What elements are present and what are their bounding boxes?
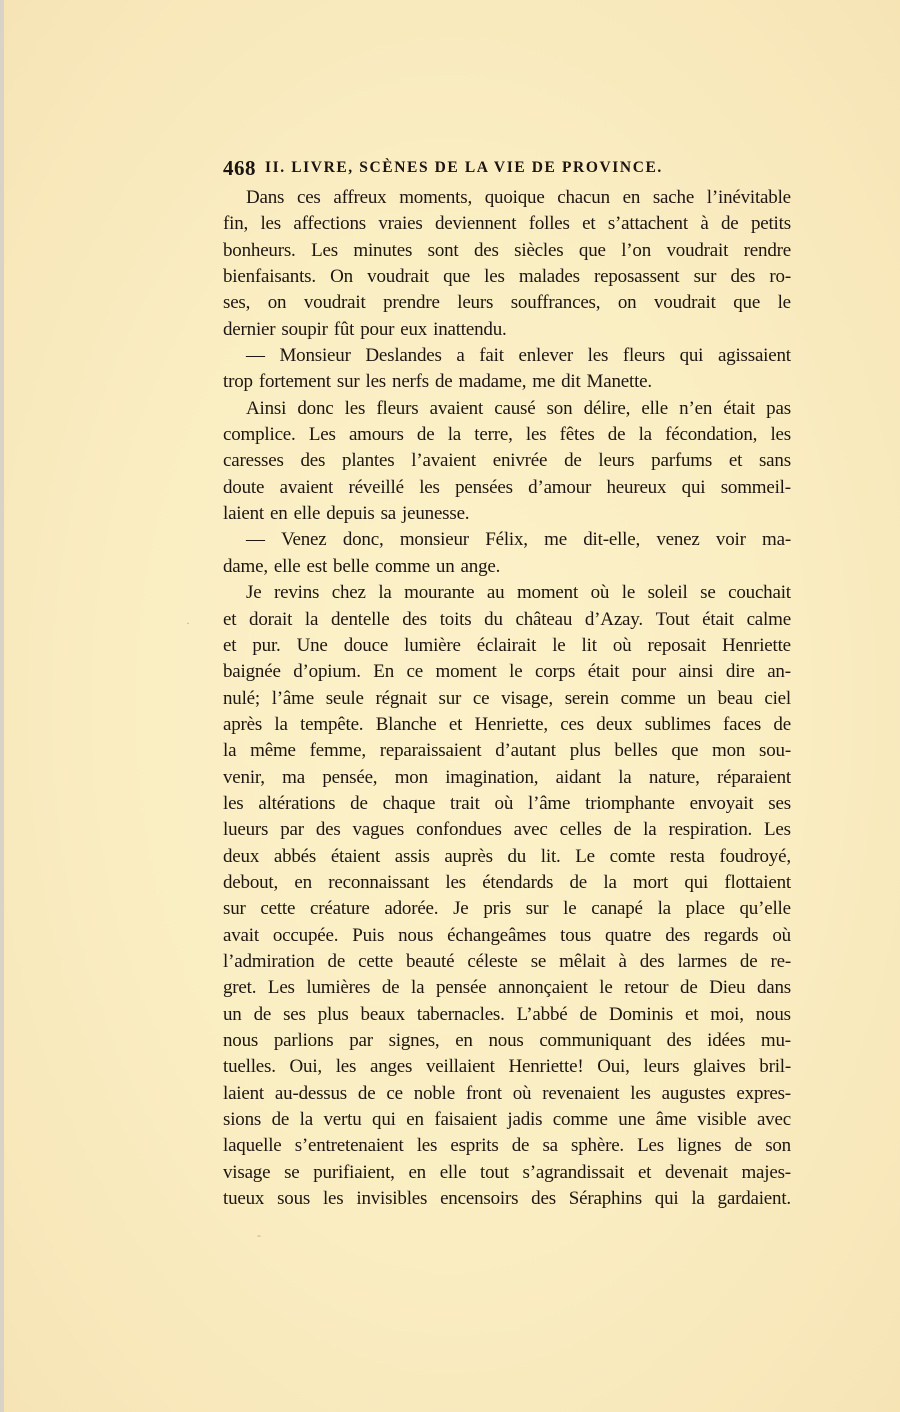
word: elle [641, 396, 668, 422]
word: annonçaient [498, 975, 588, 1001]
word: qui [680, 343, 704, 369]
word: bienfaisants. [223, 264, 316, 290]
text-line: caressesdesplantesl’avaientenivréedeleur… [223, 448, 791, 474]
word: sur [337, 369, 360, 395]
paper-speck: - [257, 1228, 261, 1243]
word: Séraphins [569, 1186, 642, 1212]
word: dernier [223, 317, 275, 343]
word: sur [694, 264, 717, 290]
word: on [618, 290, 637, 316]
text-line: baignéed’opium.Encemomentlecorpsétaitpou… [223, 659, 791, 685]
word: caresses [223, 448, 284, 474]
word: le [509, 659, 522, 685]
word: reconnaissant [328, 870, 429, 896]
word: trop [223, 369, 253, 395]
word: et [223, 607, 236, 633]
word: fêtes [560, 422, 595, 448]
word: est [307, 554, 328, 580]
word: éclairait [477, 633, 536, 659]
text-line: surcettecréatureadorée.Jeprissurlecanapé… [223, 896, 791, 922]
word: les [366, 369, 387, 395]
word: cette [358, 949, 393, 975]
word: était [588, 659, 620, 685]
word: un [223, 1002, 242, 1028]
word: imagination, [445, 765, 538, 791]
word: abbés [274, 844, 316, 870]
word: a [456, 343, 464, 369]
word: nature, [649, 765, 700, 791]
word: veillaient [426, 1054, 495, 1080]
word: voir [716, 527, 746, 553]
word: la [603, 870, 616, 896]
word: fleurs [623, 343, 665, 369]
word: soupir [281, 317, 327, 343]
word: visage [223, 1160, 270, 1186]
word: délire, [584, 396, 631, 422]
word: le [563, 896, 576, 922]
word: ce [386, 1081, 402, 1107]
word: encensoirs [440, 1186, 518, 1212]
word: qui [682, 475, 706, 501]
word: de [608, 422, 626, 448]
word: envoyait [690, 791, 754, 817]
word: me [532, 369, 555, 395]
word: en [623, 185, 641, 211]
word: avec [514, 817, 548, 843]
word: Je [453, 896, 468, 922]
word: de [740, 949, 758, 975]
text-line: Danscesaffreuxmoments,quoiquechacunensac… [223, 185, 791, 211]
word: — [246, 343, 265, 369]
word: petits [751, 211, 791, 237]
word: les [484, 264, 505, 290]
word: de [435, 369, 453, 395]
word: n’en [679, 396, 712, 422]
word: serein [565, 686, 609, 712]
word: respiration. [668, 817, 752, 843]
word: à [700, 211, 708, 237]
word: leurs [457, 290, 493, 316]
word: donc, [343, 527, 384, 553]
word: bonheurs. [223, 238, 296, 264]
word: On [330, 264, 353, 290]
word: Ainsi [246, 396, 286, 422]
word: pensée [436, 975, 487, 1001]
word: visible [697, 1107, 746, 1133]
word: Tout [656, 607, 690, 633]
word: cette [260, 896, 295, 922]
word: nous [223, 1028, 258, 1054]
word: la [305, 607, 318, 633]
word: complice. [223, 422, 296, 448]
word: douce [344, 633, 388, 659]
word: son [765, 1133, 791, 1159]
word: en [455, 1028, 473, 1054]
word: fait [479, 343, 504, 369]
word: nous [398, 923, 433, 949]
word: que [579, 238, 606, 264]
word: sou- [759, 738, 791, 764]
word: d’Azay. [585, 607, 643, 633]
word: les [445, 870, 466, 896]
word: les [417, 1133, 438, 1159]
word: l’on [621, 238, 651, 264]
word: pour [632, 659, 666, 685]
word: toits [440, 607, 472, 633]
word: de [564, 448, 582, 474]
word: était [723, 396, 755, 422]
word: voudrait [304, 290, 366, 316]
word: Les [309, 422, 336, 448]
word: de [358, 1081, 376, 1107]
word: l’âme [272, 686, 314, 712]
word: quatre [605, 923, 651, 949]
word: ces [560, 712, 584, 738]
word: femme, [310, 738, 366, 764]
word: la [411, 975, 424, 1001]
word: les [345, 396, 366, 422]
word: augustes [662, 1081, 726, 1107]
word: L’abbé [517, 1002, 568, 1028]
word: réveillé [348, 475, 403, 501]
word: voudrait [654, 290, 716, 316]
word: ro- [769, 264, 791, 290]
text-line: Ainsidonclesfleursavaientcausésondélire,… [223, 396, 791, 422]
word: la [658, 896, 671, 922]
word: d’autant [495, 738, 556, 764]
word: ses [283, 1002, 306, 1028]
word: Les [268, 975, 295, 1001]
word: avaient [280, 475, 333, 501]
word: Le [575, 844, 595, 870]
text-line: etpur.Unedoucelumièreéclairaitlelitoùrep… [223, 633, 791, 659]
text-line: debout,enreconnaissantlesétendardsdelamo… [223, 870, 791, 896]
word: comte [610, 844, 655, 870]
word: eux [400, 317, 427, 343]
word: les [770, 422, 791, 448]
text-line: douteavaientréveillélespenséesd’amourheu… [223, 475, 791, 501]
word: parfums [651, 448, 712, 474]
word: souffrances, [511, 290, 601, 316]
word: communiquant [539, 1028, 651, 1054]
text-line: venir,mapensée,monimagination,aidantlana… [223, 765, 791, 791]
word: Les [764, 817, 791, 843]
word: Les [311, 238, 338, 264]
word: altérations [258, 791, 335, 817]
word: ce [473, 686, 489, 712]
word: au [487, 580, 505, 606]
text-line: tuelles.Oui,lesangesveillaientHenriette!… [223, 1054, 791, 1080]
word: d’amour [528, 475, 591, 501]
word: étaient [331, 844, 380, 870]
word: et [638, 1160, 651, 1186]
word: vagues [353, 817, 405, 843]
word: et [582, 211, 595, 237]
word: auprès [444, 844, 492, 870]
word: dentelle [331, 607, 390, 633]
word: fût [334, 317, 355, 343]
word: assis [395, 844, 430, 870]
word: château [516, 607, 573, 633]
word: Deslandes [365, 343, 441, 369]
word: laient [223, 501, 264, 527]
word: deux [596, 712, 632, 738]
word: aidant [556, 765, 601, 791]
text-line: dame,elleestbellecommeunange. [223, 554, 791, 580]
word: ainsi [678, 659, 713, 685]
word: Monsieur [279, 343, 350, 369]
word: esprits [450, 1133, 498, 1159]
text-line: deuxabbésétaientassisauprèsdulit.Lecomte… [223, 844, 791, 870]
word: malades [519, 264, 580, 290]
word: voudrait [666, 238, 728, 264]
text-line: Jerevinschezlamouranteaumomentoùlesoleil… [223, 580, 791, 606]
word: jeunesse. [402, 501, 469, 527]
word: la [618, 765, 631, 791]
word: idées [707, 1028, 745, 1054]
word: à [618, 949, 626, 975]
word: la [223, 738, 236, 764]
word: terre, [474, 422, 512, 448]
word: monsieur [400, 527, 469, 553]
word: En [373, 659, 394, 685]
word: retour [624, 975, 668, 1001]
word: comme [375, 554, 430, 580]
word: venez [656, 527, 699, 553]
word: ma [282, 765, 305, 791]
word: couchait [728, 580, 791, 606]
word: faces [723, 712, 761, 738]
text-line: bonheurs.Lesminutessontdessièclesquel’on… [223, 238, 791, 264]
word: affections [293, 211, 366, 237]
word: la [448, 422, 461, 448]
word: foudroyé, [719, 844, 791, 870]
word: les [336, 1054, 357, 1080]
word: la [300, 1107, 313, 1133]
text-line: l’admirationdecettebeautécélestesemêlait… [223, 949, 791, 975]
word: la [378, 580, 391, 606]
text-line: undesesplusbeauxtabernacles.L’abbédeDomi… [223, 1002, 791, 1028]
word: Une [297, 633, 328, 659]
word: en [406, 1107, 424, 1133]
word: Dominis [609, 1002, 673, 1028]
word: voudrait [367, 264, 429, 290]
word: la [643, 817, 656, 843]
text-line: nousparlionsparsignes,ennouscommuniquant… [223, 1028, 791, 1054]
word: noble [414, 1081, 455, 1107]
word: nous [756, 1002, 791, 1028]
word: minutes [353, 238, 412, 264]
word: dorait [249, 607, 292, 633]
word: les [260, 211, 281, 237]
word: inattendu. [433, 317, 506, 343]
word: les [630, 1081, 651, 1107]
word: sions [223, 1107, 261, 1133]
word: anges [370, 1054, 412, 1080]
word: dans [757, 975, 791, 1001]
word: jadis [507, 1107, 542, 1133]
word: la [274, 712, 287, 738]
word: belle [333, 554, 369, 580]
word: larmes [677, 949, 726, 975]
word: quoique [485, 185, 545, 211]
word: beaux [361, 1002, 405, 1028]
word: pur. [252, 633, 280, 659]
word: dit [561, 369, 580, 395]
word: Henriette! [508, 1054, 583, 1080]
word: affreux [333, 185, 386, 211]
word: où [495, 791, 514, 817]
body-text: Danscesaffreuxmoments,quoiquechacunensac… [223, 185, 791, 1212]
word: deux [223, 844, 259, 870]
word: tous [560, 923, 591, 949]
word: reposassent [594, 264, 679, 290]
running-head-title: II. LIVRE, SCÈNES DE LA VIE DE PROVINCE. [265, 159, 663, 177]
word: majes- [741, 1160, 790, 1186]
word: de [350, 791, 368, 817]
word: et [449, 712, 462, 738]
word: sur [439, 686, 462, 712]
word: que [443, 264, 470, 290]
word: corps [535, 659, 575, 685]
word: faisaient [434, 1107, 497, 1133]
word: comme [553, 1107, 608, 1133]
word: venir, [223, 765, 265, 791]
word: pensée, [322, 765, 377, 791]
word: mêlait [559, 949, 605, 975]
word: où [613, 633, 632, 659]
word: le [622, 580, 635, 606]
word: lignes [677, 1133, 721, 1159]
word: comme [621, 686, 676, 712]
word: chez [332, 580, 366, 606]
word: vertu [323, 1107, 361, 1133]
word: céleste [467, 949, 517, 975]
word: des [474, 238, 499, 264]
word: qu’elle [740, 896, 791, 922]
word: de [328, 949, 346, 975]
word: baignée [223, 659, 281, 685]
text-line: bienfaisants.Onvoudraitquelesmaladesrepo… [223, 264, 791, 290]
word: de [680, 975, 698, 1001]
word: l’âme [528, 791, 570, 817]
word: de [417, 422, 435, 448]
word: sur [223, 896, 246, 922]
word: moi, [710, 1002, 744, 1028]
word: de [579, 1002, 597, 1028]
word: l’inévitable [707, 185, 791, 211]
word: prendre [383, 290, 440, 316]
text-line: tropfortementsurlesnerfsdemadame,meditMa… [223, 369, 791, 395]
word: Je [246, 580, 261, 606]
word: une [618, 1107, 645, 1133]
word: enivrée [493, 448, 548, 474]
word: s’entretenaient [295, 1133, 404, 1159]
word: tuelles. [223, 1054, 276, 1080]
word: en [270, 501, 288, 527]
word: laquelle [223, 1133, 282, 1159]
word: par [280, 817, 304, 843]
word: deviennent [435, 211, 516, 237]
word: Dieu [709, 975, 745, 1001]
word: resta [670, 844, 705, 870]
word: l’avaient [411, 448, 476, 474]
word: au-dessus [275, 1081, 347, 1107]
word: tempête. [300, 712, 363, 738]
word: nerfs [392, 369, 429, 395]
word: de [512, 1133, 530, 1159]
word: Blanche [376, 712, 437, 738]
word: un [436, 554, 455, 580]
word: réparaient [717, 765, 791, 791]
word: de [570, 870, 588, 896]
text-line: etdoraitladentelledestoitsduchâteaud’Aza… [223, 607, 791, 633]
word: du [484, 607, 503, 633]
word: ces [297, 185, 321, 211]
word: lumière [404, 633, 461, 659]
word: le [552, 633, 565, 659]
word: après [223, 712, 262, 738]
word: mon [395, 765, 428, 791]
word: et [223, 633, 236, 659]
word: gardaient. [718, 1186, 791, 1212]
word: les [323, 1186, 344, 1212]
word: que [733, 290, 760, 316]
text-line: —Venezdonc,monsieurFélix,medit-elle,vene… [223, 527, 791, 553]
text-line: visagesepurifiaient,enelletouts’agrandis… [223, 1160, 791, 1186]
word: Dans [246, 185, 284, 211]
word: bril- [759, 1054, 791, 1080]
word: les [419, 475, 440, 501]
word: moment [517, 580, 578, 606]
word: des [730, 264, 755, 290]
word: nulé; [223, 686, 260, 712]
word: elle [294, 501, 321, 527]
word: tabernacles. [417, 1002, 505, 1028]
word: celles [560, 817, 602, 843]
word: par [349, 1028, 373, 1054]
word: seule [326, 686, 364, 712]
text-line: fin,lesaffectionsvraiesdeviennentfollese… [223, 211, 791, 237]
word: doute [223, 475, 264, 501]
word: parlions [274, 1028, 334, 1054]
running-head: 468 II. LIVRE, SCÈNES DE LA VIE DE PROVI… [223, 156, 790, 180]
text-line: sionsdelavertuquienfaisaientjadiscommeun… [223, 1107, 791, 1133]
word: où [591, 580, 610, 606]
word: des [665, 923, 690, 949]
word: plus [318, 1002, 349, 1028]
word: purifiaient, [313, 1160, 395, 1186]
word: Oui, [290, 1054, 322, 1080]
word: ses [768, 791, 791, 817]
word: signes, [389, 1028, 440, 1054]
word: sa [542, 1133, 557, 1159]
word: glaives [693, 1054, 745, 1080]
word: et [685, 1002, 698, 1028]
word: le [599, 975, 612, 1001]
word: elle [274, 554, 301, 580]
word: de [254, 1002, 272, 1028]
word: pour [360, 317, 394, 343]
word: étendards [482, 870, 553, 896]
word: sa [381, 501, 396, 527]
word: ciel [764, 686, 791, 712]
word: sommeil- [721, 475, 791, 501]
word: sache [653, 185, 694, 211]
word: en [294, 870, 312, 896]
word: — [246, 527, 265, 553]
text-line: —MonsieurDeslandesafaitenleverlesfleursq… [223, 343, 791, 369]
